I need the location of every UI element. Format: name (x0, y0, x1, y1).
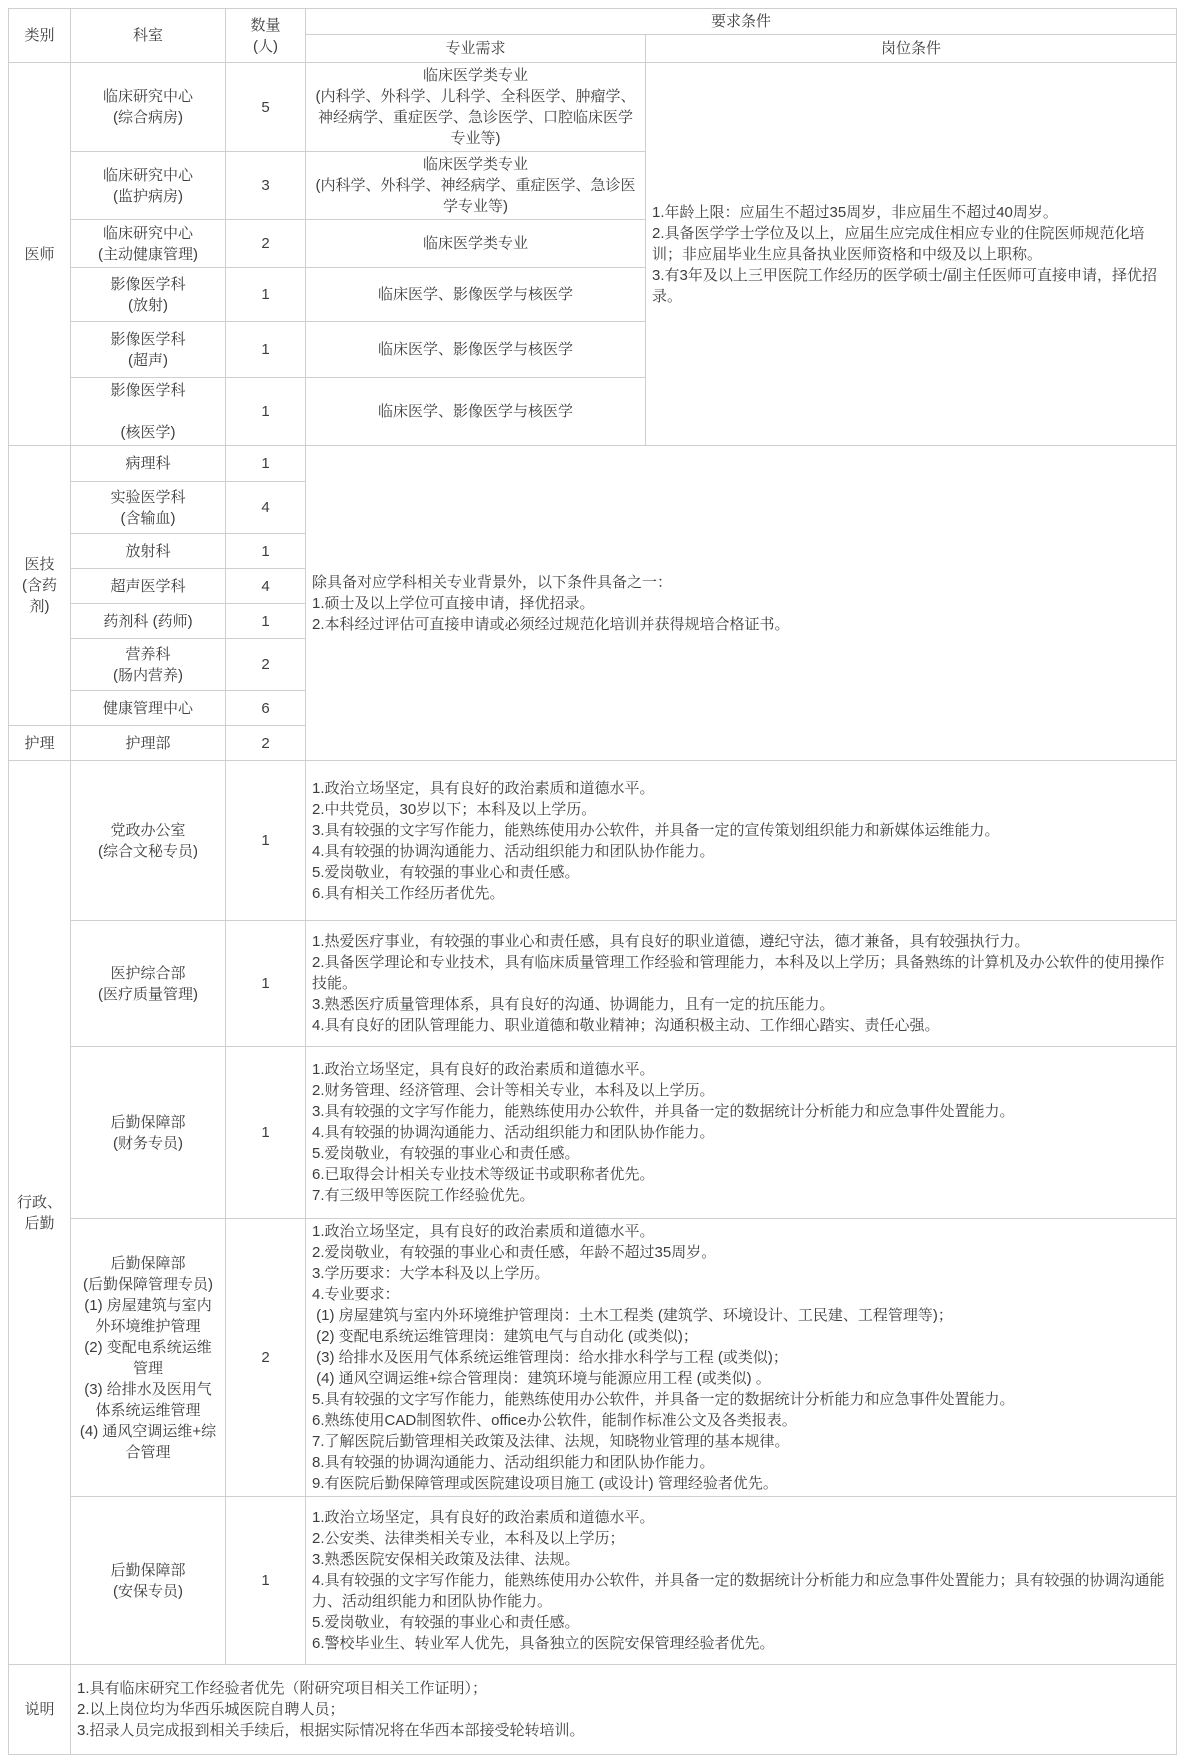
recruitment-table-container: 类别 科室 数量 (人) 要求条件 专业需求 岗位条件 医师 临床研究中心 (综… (0, 0, 1184, 1763)
cell-department: 临床研究中心 (主动健康管理) (71, 220, 226, 268)
cell-count: 2 (226, 726, 306, 761)
header-count: 数量 (人) (226, 9, 306, 63)
cell-condition-medtech-nursing: 除具备对应学科相关专业背景外，以下条件具备之一： 1.硕士及以上学位可直接申请，… (306, 446, 1177, 761)
cell-count: 5 (226, 63, 306, 152)
cell-department: 健康管理中心 (71, 691, 226, 726)
cell-count: 1 (226, 761, 306, 921)
cell-count: 1 (226, 268, 306, 322)
cell-count: 1 (226, 378, 306, 446)
table-row: 后勤保障部 (安保专员) 1 1.政治立场坚定，具有良好的政治素质和道德水平。 … (9, 1497, 1177, 1665)
cell-count: 1 (226, 534, 306, 569)
cell-department: 护理部 (71, 726, 226, 761)
cell-major: 临床医学、影像医学与核医学 (306, 268, 646, 322)
table-row: 行政、 后勤 党政办公室 (综合文秘专员) 1 1.政治立场坚定，具有良好的政治… (9, 761, 1177, 921)
category-admin: 行政、 后勤 (9, 761, 71, 1665)
cell-major: 临床医学、影像医学与核医学 (306, 378, 646, 446)
cell-count: 1 (226, 921, 306, 1047)
cell-position: 1.政治立场坚定，具有良好的政治素质和道德水平。 2.中共党员，30岁以下；本科… (306, 761, 1177, 921)
cell-department: 后勤保障部 (安保专员) (71, 1497, 226, 1665)
cell-department: 后勤保障部 (后勤保障管理专员) (1) 房屋建筑与室内外环境维护管理 (2) … (71, 1219, 226, 1497)
table-row: 后勤保障部 (财务专员) 1 1.政治立场坚定，具有良好的政治素质和道德水平。 … (9, 1047, 1177, 1219)
cell-count: 1 (226, 604, 306, 639)
table-row: 医技 (含药 剂) 病理科 1 除具备对应学科相关专业背景外，以下条件具备之一：… (9, 446, 1177, 482)
recruitment-table: 类别 科室 数量 (人) 要求条件 专业需求 岗位条件 医师 临床研究中心 (综… (8, 8, 1177, 1755)
cell-department: 临床研究中心 (综合病房) (71, 63, 226, 152)
cell-count: 6 (226, 691, 306, 726)
cell-count: 2 (226, 1219, 306, 1497)
category-notes: 说明 (9, 1665, 71, 1755)
cell-position-physician: 1.年龄上限：应届生不超过35周岁，非应届生不超过40周岁。 2.具备医学学士学… (646, 63, 1177, 446)
table-row: 医护综合部 (医疗质量管理) 1 1.热爱医疗事业，有较强的事业心和责任感，具有… (9, 921, 1177, 1047)
cell-department: 影像医学科 (放射) (71, 268, 226, 322)
category-nursing: 护理 (9, 726, 71, 761)
cell-department: 营养科 (肠内营养) (71, 639, 226, 691)
table-row: 后勤保障部 (后勤保障管理专员) (1) 房屋建筑与室内外环境维护管理 (2) … (9, 1219, 1177, 1497)
header-major: 专业需求 (306, 35, 646, 63)
cell-department: 影像医学科 (核医学) (71, 378, 226, 446)
cell-count: 2 (226, 220, 306, 268)
header-position: 岗位条件 (646, 35, 1177, 63)
cell-department: 影像医学科 (超声) (71, 322, 226, 378)
cell-notes: 1.具有临床研究工作经验者优先（附研究项目相关工作证明）； 2.以上岗位均为华西… (71, 1665, 1177, 1755)
cell-major: 临床医学、影像医学与核医学 (306, 322, 646, 378)
cell-department: 医护综合部 (医疗质量管理) (71, 921, 226, 1047)
table-row: 医师 临床研究中心 (综合病房) 5 临床医学类专业 (内科学、外科学、儿科学、… (9, 63, 1177, 152)
cell-count: 3 (226, 152, 306, 220)
category-medtech: 医技 (含药 剂) (9, 446, 71, 726)
cell-count: 1 (226, 322, 306, 378)
cell-department: 病理科 (71, 446, 226, 482)
cell-count: 2 (226, 639, 306, 691)
cell-count: 1 (226, 1497, 306, 1665)
cell-position: 1.政治立场坚定，具有良好的政治素质和道德水平。 2.财务管理、经济管理、会计等… (306, 1047, 1177, 1219)
cell-major: 临床医学类专业 (内科学、外科学、神经病学、重症医学、急诊医学专业等) (306, 152, 646, 220)
cell-department: 后勤保障部 (财务专员) (71, 1047, 226, 1219)
cell-department: 超声医学科 (71, 569, 226, 604)
header-category: 类别 (9, 9, 71, 63)
cell-count: 1 (226, 446, 306, 482)
cell-position: 1.政治立场坚定，具有良好的政治素质和道德水平。 2.爱岗敬业，有较强的事业心和… (306, 1219, 1177, 1497)
header-row-1: 类别 科室 数量 (人) 要求条件 (9, 9, 1177, 35)
header-requirements: 要求条件 (306, 9, 1177, 35)
cell-position: 1.热爱医疗事业，有较强的事业心和责任感，具有良好的职业道德，遵纪守法，德才兼备… (306, 921, 1177, 1047)
cell-department: 放射科 (71, 534, 226, 569)
cell-major: 临床医学类专业 (内科学、外科学、儿科学、全科医学、肿瘤学、神经病学、重症医学、… (306, 63, 646, 152)
header-department: 科室 (71, 9, 226, 63)
notes-row: 说明 1.具有临床研究工作经验者优先（附研究项目相关工作证明）； 2.以上岗位均… (9, 1665, 1177, 1755)
cell-department: 实验医学科 (含输血) (71, 482, 226, 534)
cell-department: 药剂科 (药师) (71, 604, 226, 639)
cell-department: 党政办公室 (综合文秘专员) (71, 761, 226, 921)
cell-count: 4 (226, 482, 306, 534)
cell-count: 4 (226, 569, 306, 604)
cell-position: 1.政治立场坚定，具有良好的政治素质和道德水平。 2.公安类、法律类相关专业，本… (306, 1497, 1177, 1665)
cell-count: 1 (226, 1047, 306, 1219)
cell-major: 临床医学类专业 (306, 220, 646, 268)
cell-department: 临床研究中心 (监护病房) (71, 152, 226, 220)
category-physician: 医师 (9, 63, 71, 446)
